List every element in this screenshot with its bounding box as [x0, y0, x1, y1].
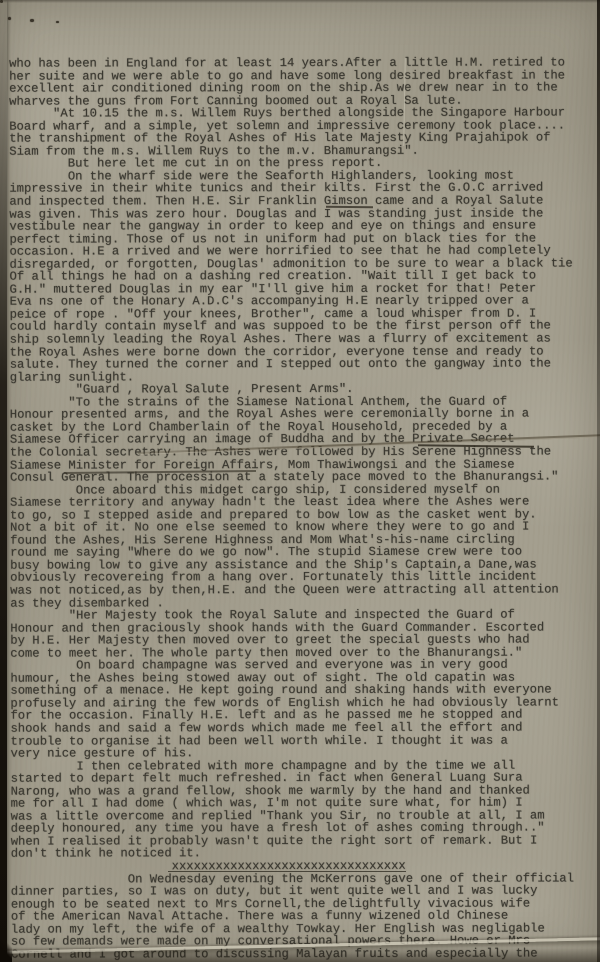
staple-hole [56, 21, 59, 23]
text-line: Cornell and I got around to discussing M… [11, 947, 597, 961]
typewritten-text-block: who has been in England for at least 14 … [9, 56, 597, 961]
staple-hole [30, 19, 34, 22]
text-line: was not noticed,as by then,H.E. and the … [10, 583, 596, 597]
staple-hole [8, 17, 11, 20]
text-line: salute. They turned the corner and I ste… [10, 358, 596, 372]
scanned-typewritten-page: who has been in England for at least 14 … [0, 0, 600, 962]
scan-edge-top [0, 0, 600, 3]
scan-edge-left [0, 0, 7, 962]
stray-ink-dot [0, 0, 3, 3]
